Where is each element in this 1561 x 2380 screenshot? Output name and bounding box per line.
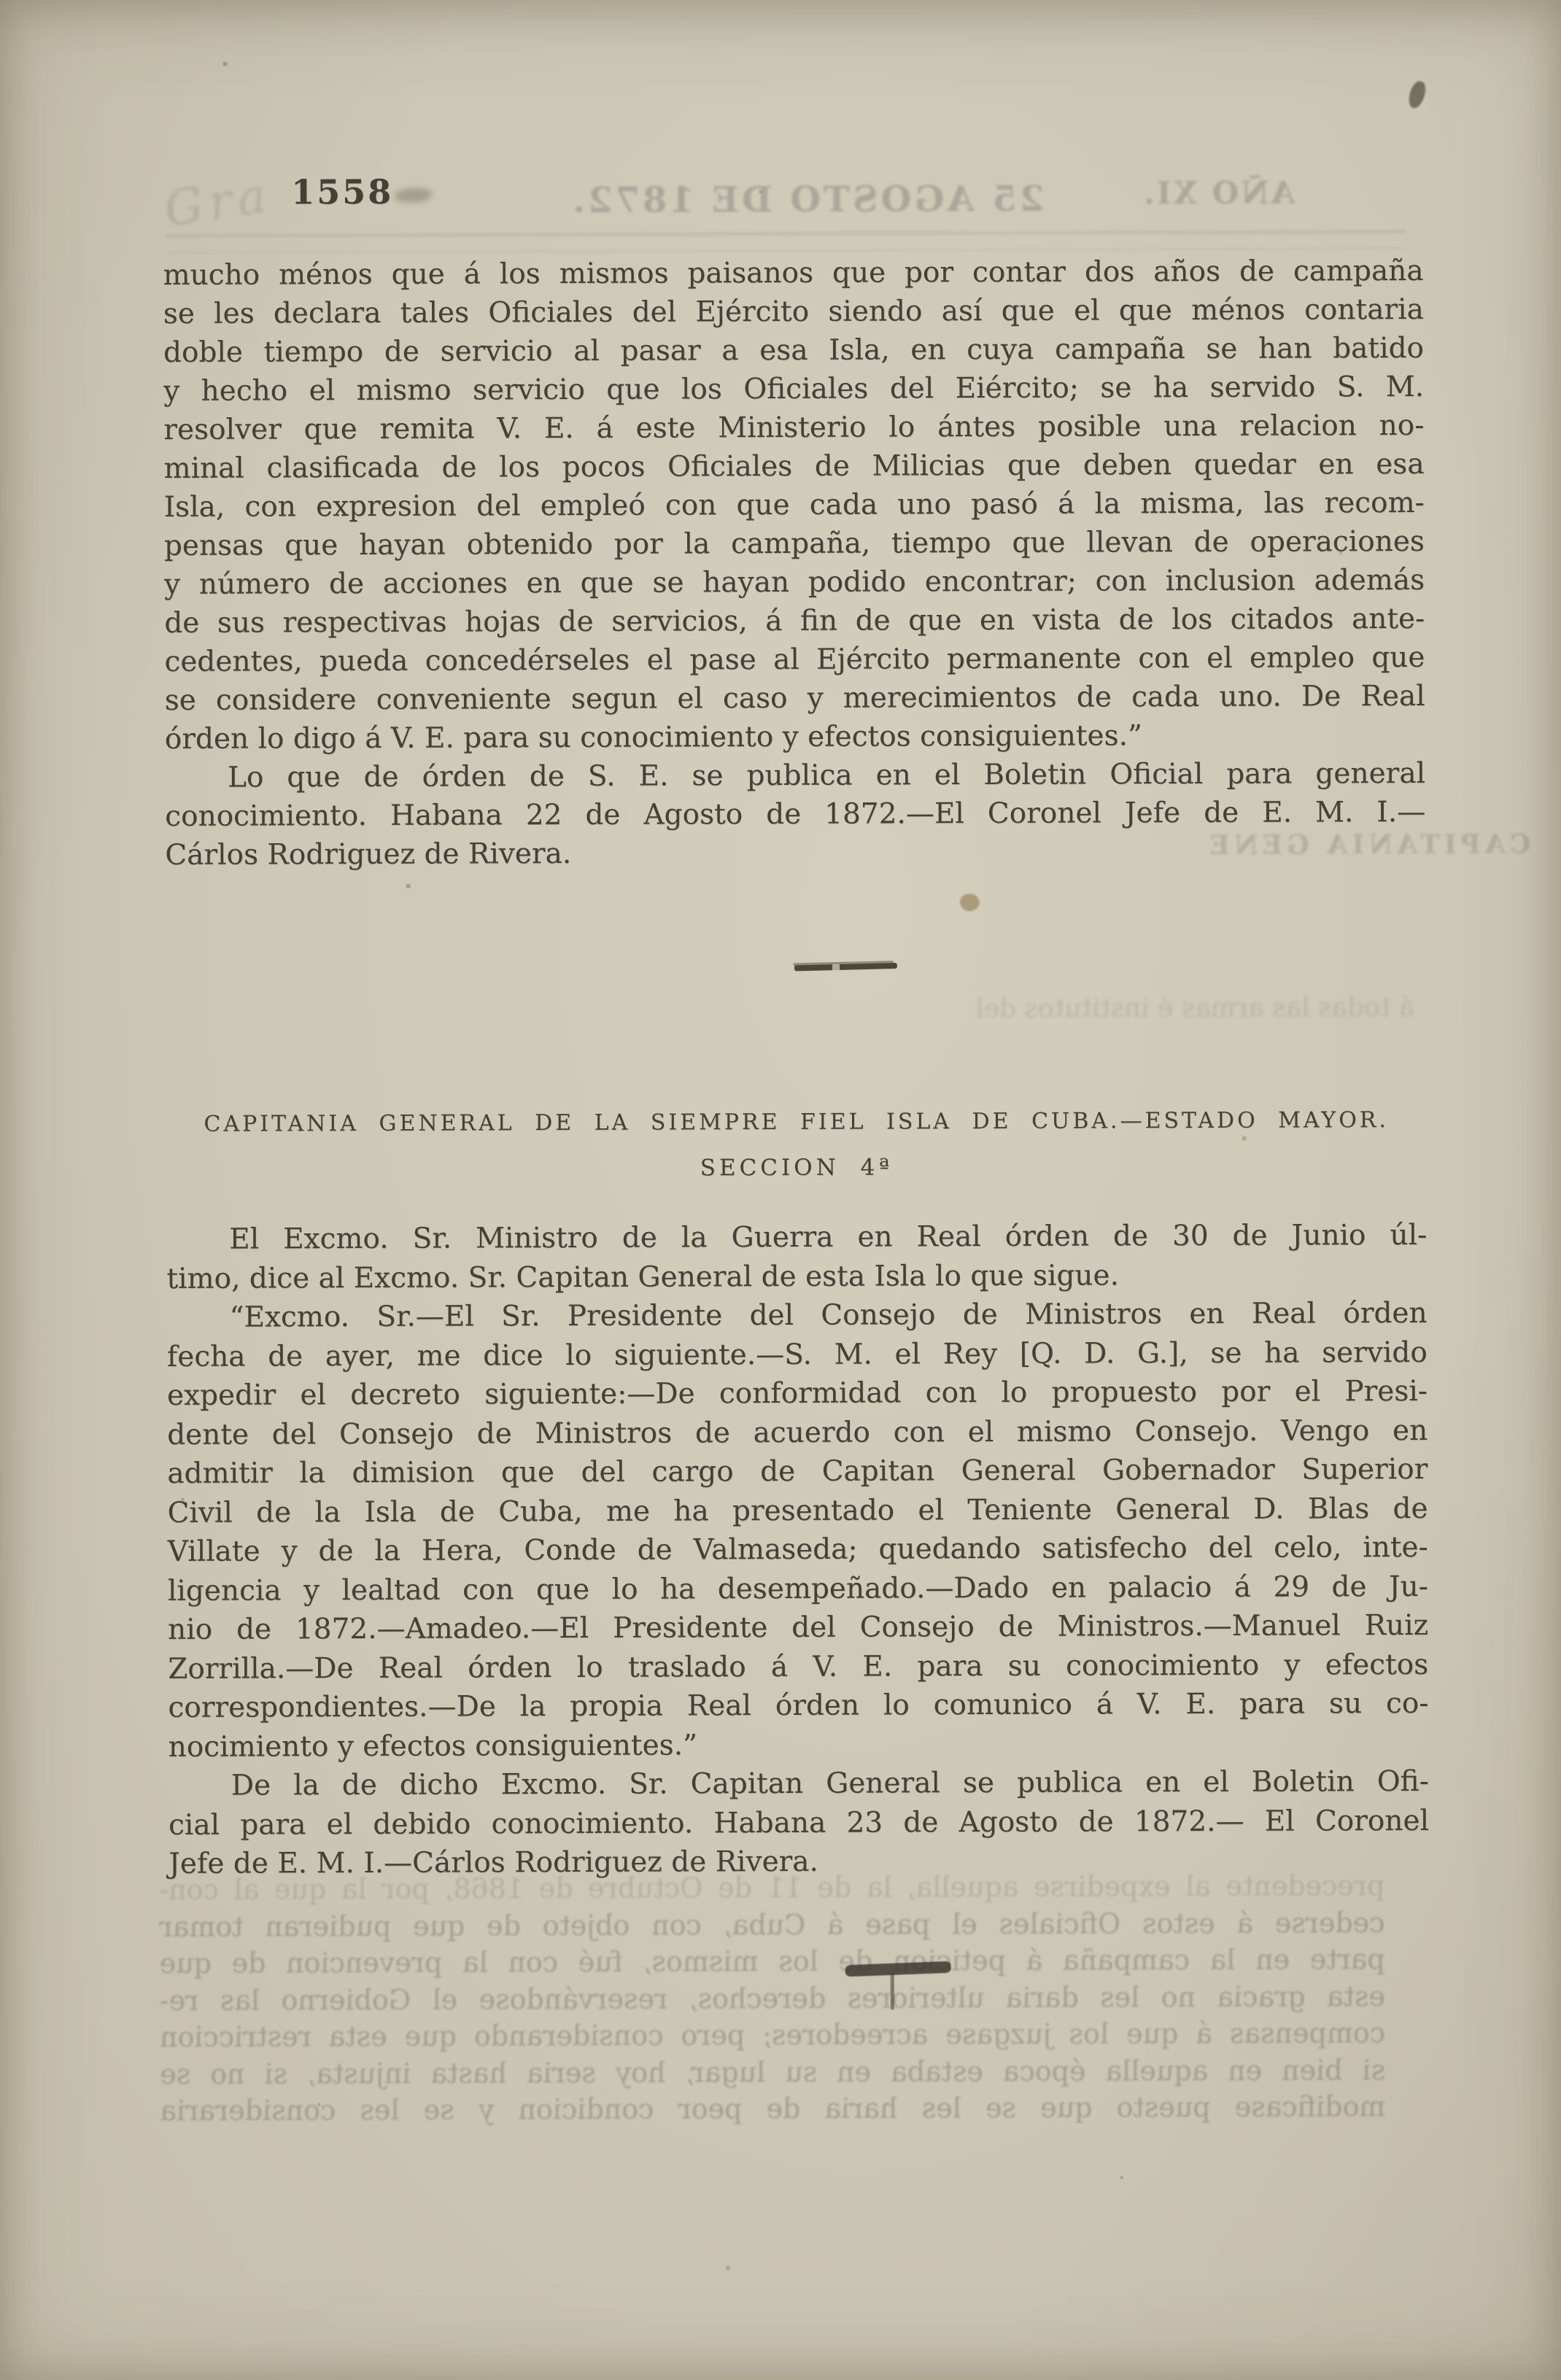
- foxing-spot: [958, 891, 982, 914]
- text-line: y número de acciones en que se hayan pod…: [164, 561, 1425, 604]
- text-line: mucho ménos que á los mismos paisanos qu…: [163, 252, 1424, 295]
- text-line: correspondientes.—De la propia Real órde…: [168, 1684, 1428, 1728]
- text-line: órden lo digo á V. E. para su conocimien…: [165, 716, 1425, 759]
- ink-speck: [1407, 80, 1428, 110]
- ghost-text-line: cederse á estos Oficiales el pase á Cuba…: [159, 1904, 1384, 1945]
- page-number: 1558: [291, 172, 393, 212]
- text-line: cedentes, pueda concedérseles el pase al…: [164, 638, 1425, 681]
- text-line: Isla, con expresion del empleó con que c…: [164, 484, 1425, 527]
- text-line: El Excmo. Sr. Ministro de la Guerra en R…: [166, 1216, 1427, 1260]
- text-line: pensas que hayan obtenido por la campaña…: [164, 522, 1425, 565]
- page-content: 25 AGOSTO DE 1872. AÑO XI. Gra 1558 much…: [0, 0, 1561, 2380]
- ink-drip: [891, 1973, 894, 2009]
- ghost-mid-text: á todas las armas é institutos del: [656, 993, 1414, 1026]
- section-heading: CAPITANIA GENERAL DE LA SIEMPRE FIEL ISL…: [166, 1098, 1427, 1193]
- ghost-capitania-text: CAPITANIA GENE: [1012, 829, 1530, 861]
- ghost-rule: [166, 230, 1406, 238]
- ghost-handwriting-stamp: Gra: [161, 167, 276, 238]
- ghost-text-line: parte en la campaña á peticion de los mi…: [160, 1941, 1385, 1982]
- document-paragraph-1: mucho ménos que á los mismos paisanos qu…: [163, 252, 1426, 875]
- text-line: timo, dice al Excmo. Sr. Capitan General…: [166, 1255, 1427, 1298]
- text-line: resolver que remita V. E. á este Ministe…: [163, 406, 1424, 449]
- section-heading-line1: CAPITANIA GENERAL DE LA SIEMPRE FIEL ISL…: [166, 1098, 1427, 1147]
- text-line: Zorrilla.—De Real órden lo traslado á V.…: [168, 1645, 1428, 1689]
- text-line: minal clasificada de los pocos Oficiales…: [163, 445, 1424, 488]
- text-line: doble tiempo de servicio al pasar a esa …: [163, 329, 1424, 372]
- text-line: ligencia y lealtad con que lo ha desempe…: [168, 1567, 1428, 1610]
- text-line: “Excmo. Sr.—El Sr. Presidente del Consej…: [167, 1294, 1428, 1338]
- ghost-masthead-date: 25 AGOSTO DE 1872.: [529, 179, 1085, 222]
- ghost-text-line: modificase puesto que se les haria de pe…: [160, 2088, 1385, 2129]
- text-line: expedir el decreto siguiente:—De conform…: [167, 1372, 1428, 1416]
- ink-smudge: [394, 188, 432, 203]
- text-line: de sus respectivas hojas de servicios, á…: [164, 600, 1425, 643]
- text-line: Lo que de órden de S. E. se publica en e…: [165, 754, 1425, 797]
- text-line: Civil de la Isla de Cuba, me ha presenta…: [167, 1489, 1428, 1532]
- text-line: y hecho el mismo servicio que los Oficia…: [163, 368, 1424, 411]
- scanned-page: { "page": { "number": "1558" }, "colors"…: [0, 0, 1561, 2380]
- text-line: Villate y de la Hera, Conde de Valmaseda…: [168, 1528, 1428, 1572]
- text-line: se les declara tales Oficiales del Ejérc…: [163, 290, 1424, 333]
- text-line: cial para el debido conocimiento. Habana…: [169, 1801, 1429, 1845]
- ghost-masthead-year: AÑO XI.: [1119, 174, 1317, 211]
- section-divider-rule: [794, 963, 897, 971]
- text-line: se considere conveniente segun el caso y…: [165, 677, 1425, 720]
- text-line: nio de 1872.—Amadeo.—El Presidente del C…: [168, 1606, 1428, 1650]
- text-line: dente del Consejo de Ministros de acuerd…: [167, 1411, 1428, 1454]
- ghost-text-line: esta gracia no les daria ulteriores dere…: [160, 1978, 1385, 2019]
- ghost-text-line: si bien en aquella época estaba en su lu…: [160, 2052, 1385, 2093]
- text-line: nocimiento y efectos consiguientes.”: [169, 1723, 1429, 1767]
- text-line: De la de dicho Excmo. Sr. Capitan Genera…: [169, 1762, 1429, 1806]
- ghost-text-line: precedente al expedirse aquella, la de 1…: [159, 1867, 1384, 1908]
- text-line: fecha de ayer, me dice lo siguiente.—S. …: [167, 1333, 1428, 1376]
- text-line: admitir la dimision que del cargo de Cap…: [167, 1450, 1428, 1494]
- document-paragraph-2: El Excmo. Sr. Ministro de la Guerra en R…: [166, 1216, 1429, 1884]
- ghost-bleedthrough-block: precedente al expedirse aquella, la de 1…: [159, 1867, 1385, 2129]
- section-heading-line2: SECCION 4ª: [166, 1143, 1427, 1193]
- ghost-text-line: compensas á que los juzgase acreedores; …: [160, 2015, 1385, 2055]
